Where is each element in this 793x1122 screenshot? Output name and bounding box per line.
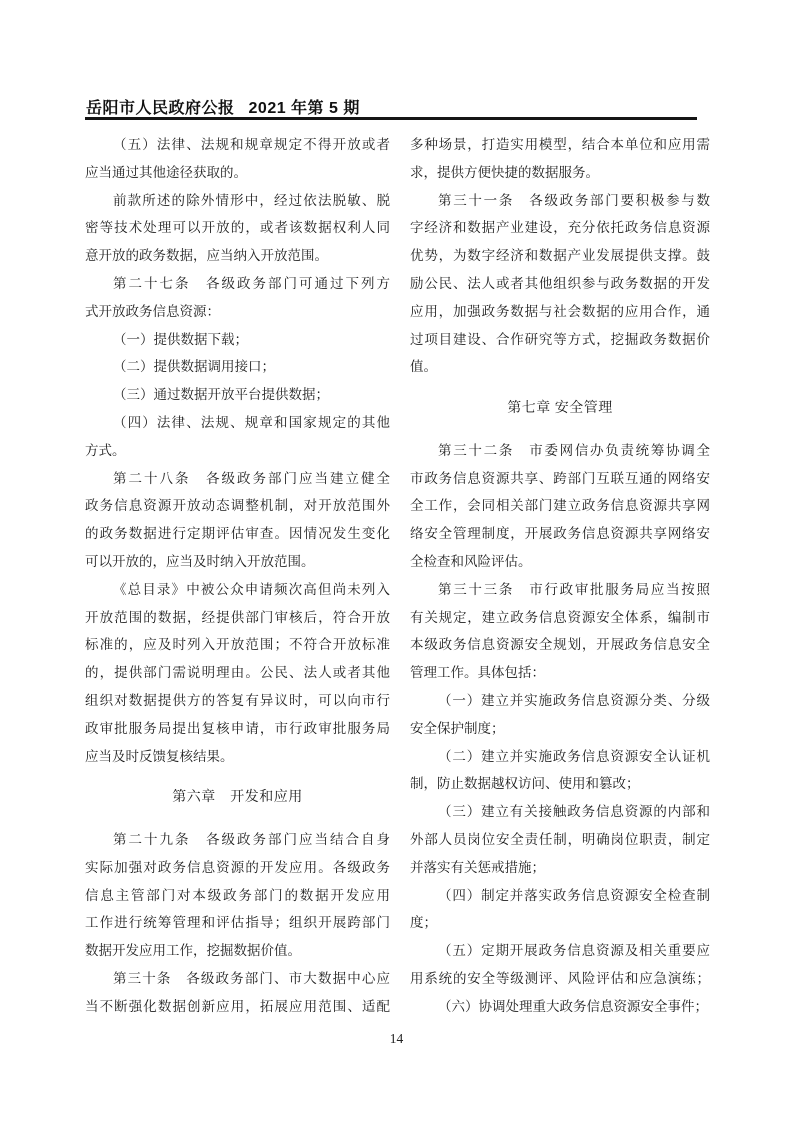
- text-line: 实际加强对政务信息资源的开发应用。各级政务: [85, 854, 390, 882]
- text-line: 管理工作。具体包括：: [410, 659, 710, 687]
- text-line: 安全保护制度；: [410, 715, 710, 743]
- issue-label: 2021 年第 5 期: [249, 100, 360, 117]
- text-line: 第二十八条 各级政务部门应当建立健全: [85, 465, 390, 493]
- text-line: 第三十一条 各级政务部门要积极参与数: [410, 187, 710, 215]
- text-line: 组织对数据提供方的答复有异议时，可以向市行: [85, 687, 390, 715]
- text-line: （三）通过数据开放平台提供数据；: [85, 381, 390, 409]
- text-line: 第二十九条 各级政务部门应当结合自身: [85, 826, 390, 854]
- text-line: （二）建立并实施政务信息资源安全认证机: [410, 743, 710, 771]
- text-line: 络安全管理制度，开展政务信息资源共享网络安: [410, 520, 710, 548]
- text-line: 求，提供方便快捷的数据服务。: [410, 159, 710, 187]
- text-line: 多种场景，打造实用模型，结合本单位和应用需: [410, 131, 710, 159]
- text-line: 值。: [410, 353, 710, 381]
- text-line: 优势，为数字经济和数据产业发展提供支撑。鼓: [410, 242, 710, 270]
- text-line: 《总目录》中被公众申请频次高但尚未列入: [85, 576, 390, 604]
- document-body: （五）法律、法规和规章规定不得开放或者应当通过其他途径获取的。前款所述的除外情形…: [85, 131, 710, 1021]
- text-line: 政审批服务局提出复核申请，市行政审批服务局: [85, 715, 390, 743]
- page-header: 岳阳市人民政府公报2021 年第 5 期: [86, 95, 360, 118]
- text-line: 前款所述的除外情形中，经过依法脱敏、脱: [85, 187, 390, 215]
- text-line: （四）法律、法规、规章和国家规定的其他: [85, 409, 390, 437]
- text-line: 数据开发应用工作，挖掘数据价值。: [85, 937, 390, 965]
- page-footer: 14: [0, 1031, 793, 1047]
- text-line: （五）定期开展政务信息资源及相关重要应: [410, 937, 710, 965]
- text-line: 并落实有关惩戒措施；: [410, 854, 710, 882]
- text-line: 可以开放的，应当及时纳入开放范围。: [85, 548, 390, 576]
- text-line: 度；: [410, 909, 710, 937]
- text-line: 意开放的政务数据，应当纳入开放范围。: [85, 242, 390, 270]
- text-line: 式开放政务信息资源：: [85, 298, 390, 326]
- text-line: 应用，加强政务数据与社会数据的应用合作，通: [410, 298, 710, 326]
- text-line: 政务信息资源开放动态调整机制，对开放范围外: [85, 492, 390, 520]
- text-line: 过项目建设、合作研究等方式，挖掘政务数据价: [410, 326, 710, 354]
- text-line: 全工作，会同相关部门建立政务信息资源共享网: [410, 492, 710, 520]
- text-line: 第三十三条 市行政审批服务局应当按照: [410, 576, 710, 604]
- text-line: 用系统的安全等级测评、风险评估和应急演练；: [410, 965, 710, 993]
- text-line: 应当及时反馈复核结果。: [85, 743, 390, 771]
- text-line: 应当通过其他途径获取的。: [85, 159, 390, 187]
- text-line: 开放范围的数据，经提供部门审核后，符合开放: [85, 604, 390, 632]
- gazette-page: 岳阳市人民政府公报2021 年第 5 期 （五）法律、法规和规章规定不得开放或者…: [0, 0, 793, 1122]
- text-line: 市政务信息资源共享、跨部门互联互通的网络安: [410, 465, 710, 493]
- text-line: 全检查和风险评估。: [410, 548, 710, 576]
- right-column: 多种场景，打造实用模型，结合本单位和应用需求，提供方便快捷的数据服务。第三十一条…: [410, 131, 710, 1021]
- text-line: 工作进行统筹管理和评估指导；组织开展跨部门: [85, 909, 390, 937]
- text-line: （一）建立并实施政务信息资源分类、分级: [410, 687, 710, 715]
- text-line: （六）协调处理重大政务信息资源安全事件；: [410, 993, 710, 1021]
- text-line: （三）建立有关接触政务信息资源的内部和: [410, 798, 710, 826]
- chapter-heading: 第七章 安全管理: [410, 381, 710, 437]
- text-line: 第二十七条 各级政务部门可通过下列方: [85, 270, 390, 298]
- text-line: （一）提供数据下载；: [85, 326, 390, 354]
- gazette-title: 岳阳市人民政府公报: [86, 100, 235, 117]
- left-column: （五）法律、法规和规章规定不得开放或者应当通过其他途径获取的。前款所述的除外情形…: [85, 131, 390, 1021]
- text-line: （五）法律、法规和规章规定不得开放或者: [85, 131, 390, 159]
- text-line: 制，防止数据越权访问、使用和篡改；: [410, 770, 710, 798]
- text-line: 密等技术处理可以开放的，或者该数据权利人同: [85, 214, 390, 242]
- text-line: （二）提供数据调用接口；: [85, 353, 390, 381]
- text-line: 当不断强化数据创新应用，拓展应用范围、适配: [85, 993, 390, 1021]
- text-line: 字经济和数据产业建设，充分依托政务信息资源: [410, 214, 710, 242]
- text-line: 外部人员岗位安全责任制，明确岗位职责，制定: [410, 826, 710, 854]
- text-line: 有关规定，建立政务信息资源安全体系，编制市: [410, 604, 710, 632]
- text-line: 励公民、法人或者其他组织参与政务数据的开发: [410, 270, 710, 298]
- chapter-heading: 第六章 开发和应用: [85, 770, 390, 826]
- text-line: 标准的，应及时列入开放范围；不符合开放标准: [85, 631, 390, 659]
- text-line: 本级政务信息资源安全规划，开展政务信息安全: [410, 631, 710, 659]
- text-line: 方式。: [85, 437, 390, 465]
- page-number: 14: [390, 1031, 404, 1046]
- text-line: （四）制定并落实政务信息资源安全检查制: [410, 882, 710, 910]
- text-line: 的，提供部门需说明理由。公民、法人或者其他: [85, 659, 390, 687]
- text-line: 信息主管部门对本级政务部门的数据开发应用: [85, 882, 390, 910]
- text-line: 的政务数据进行定期评估审查。因情况发生变化: [85, 520, 390, 548]
- text-line: 第三十条 各级政务部门、市大数据中心应: [85, 965, 390, 993]
- text-line: 第三十二条 市委网信办负责统筹协调全: [410, 437, 710, 465]
- header-rule: [85, 117, 697, 120]
